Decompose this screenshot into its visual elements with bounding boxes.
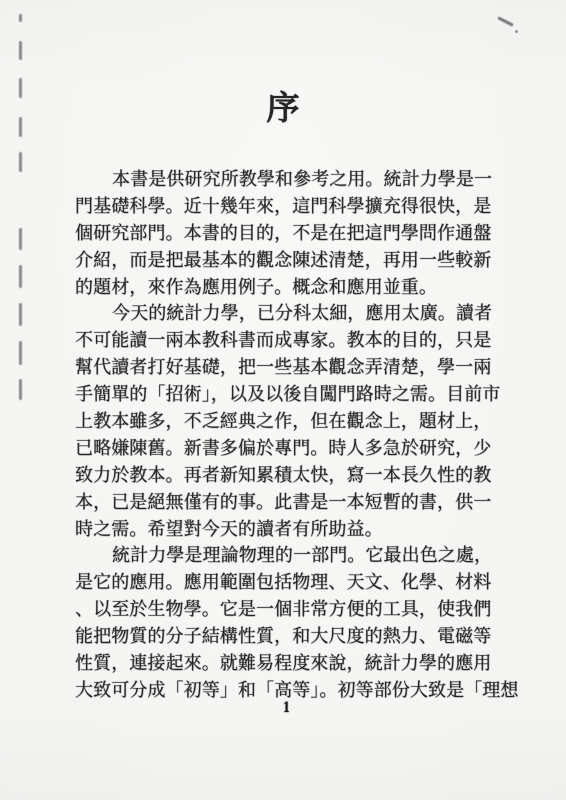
scan-dash-mark [19, 303, 22, 326]
scan-dash-mark [19, 117, 22, 137]
scan-dash-mark [19, 228, 22, 250]
text-line: 手簡單的「招術」，以及以後自闖門路時之需。目前市 [75, 381, 515, 408]
text-line: 是它的應用。應用範圍包括物理、天文、化學、材料 [75, 569, 515, 596]
scanned-book-page: 序 本書是供研究所教學和參考之用。統計力學是一 門基礎科學。近十幾年來，這門科學… [0, 0, 566, 800]
scan-dash-mark [19, 78, 22, 98]
text-line: 門基礎科學。近十幾年來，這門科學擴充得很快，是 [75, 193, 515, 220]
text-line: 介紹，而是把最基本的觀念陳述清楚，再用一些較新 [75, 247, 515, 274]
text-line: 本，已是絕無僅有的事。此書是一本短暫的書，供一 [75, 489, 515, 516]
text-line: 上教本雖多，不乏經典之作，但在觀念上，題材上， [75, 408, 515, 435]
scan-dash-mark [19, 152, 22, 172]
scan-dash-mark [19, 14, 22, 22]
scan-dash-mark [19, 379, 22, 400]
text-line: 、以至於生物學。它是一個非常方便的工具，使我們 [75, 596, 515, 623]
page-number: 1 [117, 699, 455, 717]
paragraph: 今天的統計力學，已分科太細，應用太廣。讀者 不可能讀一兩本教科書而成專家。教本的… [75, 300, 515, 542]
preface-text: 本書是供研究所教學和參考之用。統計力學是一 門基礎科學。近十幾年來，這門科學擴充… [75, 166, 515, 704]
text-line: 本書是供研究所教學和參考之用。統計力學是一 [75, 166, 515, 193]
text-line: 個研究部門。本書的目的，不是在把這門學問作通盤 [75, 220, 515, 247]
text-line: 已略嫌陳舊。新書多偏於專門。時人多急於研究，少 [75, 435, 515, 462]
text-line: 統計力學是理論物理的一部門。它最出色之處， [75, 542, 515, 569]
text-line: 性質，連接起來。就難易程度來說，統計力學的應用 [75, 650, 515, 677]
pen-stroke-mark [497, 16, 514, 26]
text-line: 今天的統計力學，已分科太細，應用太廣。讀者 [75, 300, 515, 327]
text-line: 能把物質的分子結構性質，和大尺度的熱力、電磁等 [75, 623, 515, 650]
scan-dash-mark [19, 341, 22, 365]
text-line: 致力於教本。再者新知累積太快，寫一本長久性的教 [75, 462, 515, 489]
pen-dot-mark [515, 30, 518, 33]
paragraph: 本書是供研究所教學和參考之用。統計力學是一 門基礎科學。近十幾年來，這門科學擴充… [75, 166, 515, 300]
scan-dash-mark [19, 265, 22, 288]
paragraph: 統計力學是理論物理的一部門。它最出色之處， 是它的應用。應用範圍包括物理、天文、… [75, 542, 515, 703]
text-line: 的題材，來作為應用例子。概念和應用並重。 [75, 274, 515, 301]
text-line: 不可能讀一兩本教科書而成專家。教本的目的，只是 [75, 327, 515, 354]
scan-dash-mark [19, 41, 22, 60]
text-line: 幫代讀者打好基礎，把一些基本觀念弄清楚，學一兩 [75, 354, 515, 381]
text-line: 時之需。希望對今天的讀者有所助益。 [75, 516, 515, 543]
page-title: 序 [75, 82, 492, 129]
